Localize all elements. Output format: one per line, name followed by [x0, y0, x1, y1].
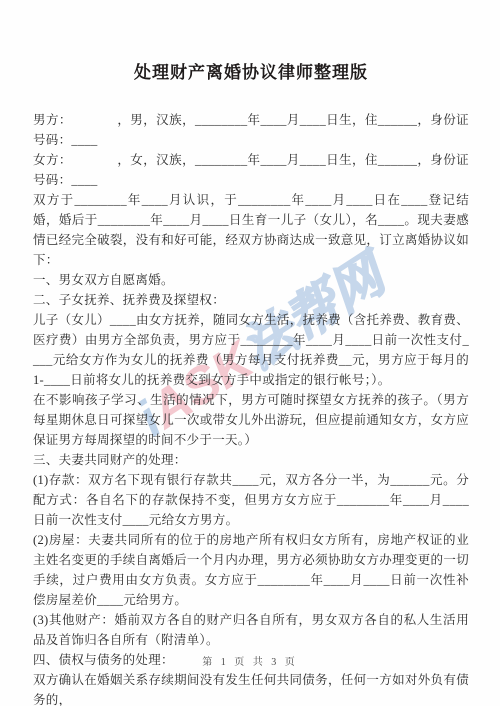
page-footer: 第 1 页 共 3 页: [0, 653, 500, 668]
clause-3-house: (2)房屋：夫妻共同所有的位于的房地产所有权归女方所有，房地产权证的业主姓名变更…: [33, 530, 469, 610]
document-body: 处理财产离婚协议律师整理版 男方： ，男，汉族，________年____月__…: [0, 0, 500, 706]
paragraph-party-female: 女方： ，女，汉族，________年____月____日生，住______，身…: [33, 150, 469, 190]
page-number: 第 1 页 共 3 页: [202, 657, 298, 668]
clause-2-custody-heading: 二、子女抚养、抚养费及探望权：: [33, 290, 469, 310]
agreement-text: 男方： ，男，汉族，________年____月____日生，住______，身…: [33, 110, 469, 706]
clause-3-deposits: (1)存款：双方名下现有银行存款共____元，双方各分一半，为______元。分…: [33, 470, 469, 530]
paragraph-preamble: 双方于________年____月认识，于________年____月____日…: [33, 190, 469, 270]
page-title: 处理财产离婚协议律师整理版: [33, 58, 469, 83]
paragraph-party-male: 男方： ，男，汉族，________年____月____日生，住______，身…: [33, 110, 469, 150]
clause-3-other-property: (3)其他财产：婚前双方各自的财产归各自所有，男女双方各自的私人生活用品及首饰归…: [33, 610, 469, 650]
clause-2-visitation-terms: 在不影响孩子学习、生活的情况下，男方可随时探望女方抚养的孩子。（男方每星期休息日…: [33, 390, 469, 450]
clause-2-custody-terms: 儿子（女儿）____由女方抚养，随同女方生活，抚养费（含托养费、教育费、医疗费）…: [33, 310, 469, 390]
clause-3-property-heading: 三、夫妻共同财产的处理：: [33, 450, 469, 470]
clause-4-debts-terms: 双方确认在婚姻关系存续期间没有发生任何共同债务，任何一方如对外负有债务的，: [33, 670, 469, 706]
clause-1-divorce: 一、男女双方自愿离婚。: [33, 270, 469, 290]
document-page: iASK法帮网 处理财产离婚协议律师整理版 男方： ，男，汉族，________…: [0, 0, 500, 706]
